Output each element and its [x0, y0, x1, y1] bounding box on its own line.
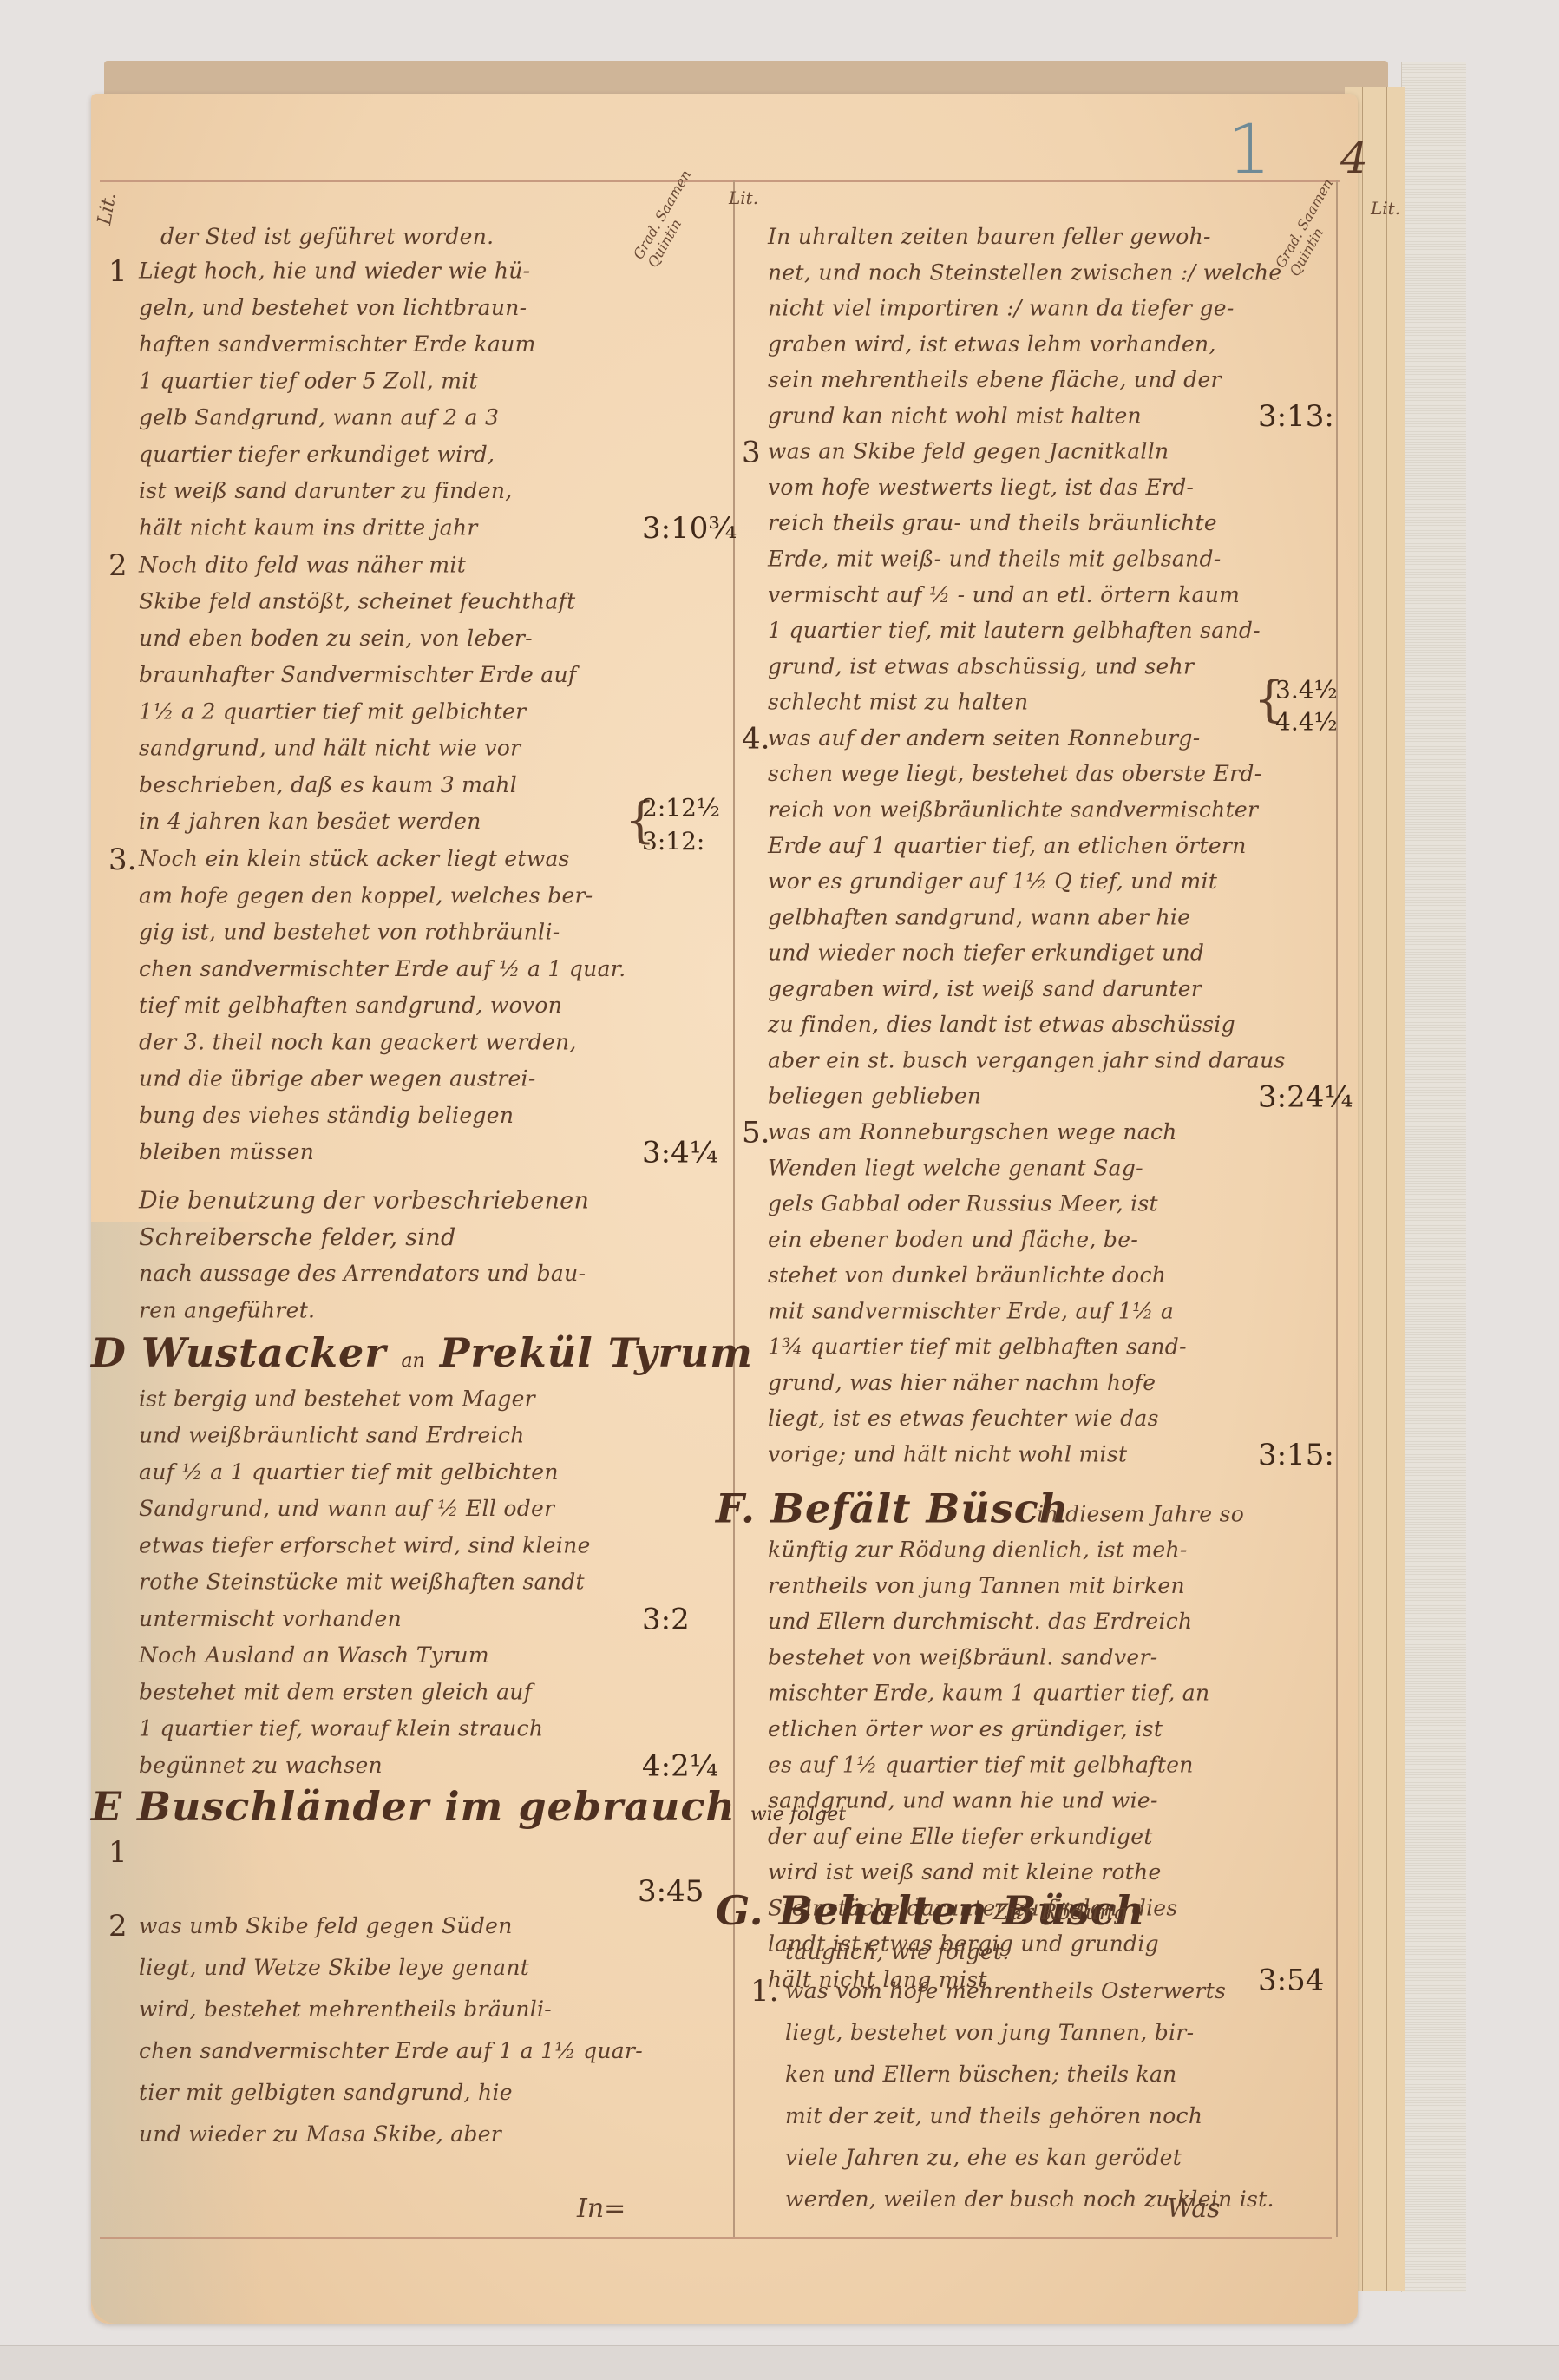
text-line: Noch Ausland an Wasch Tyrum [139, 1642, 489, 1668]
text-line: vom hofe westwerts liegt, ist das Erd- [768, 475, 1194, 500]
text-line: rothe Steinstücke mit weißhaften sandt [139, 1570, 585, 1595]
text-line: mischter Erde, kaum 1 quartier tief, an [768, 1681, 1209, 1706]
text-line: gelb Sandgrund, wann auf 2 a 3 [139, 405, 499, 430]
left-margin-label: Lit. [94, 191, 121, 226]
text-line: vermischt auf ½ - und an etl. örtern kau… [768, 582, 1240, 607]
text-line: reich von weißbräunlichte sandvermischte… [768, 797, 1258, 822]
text-line: haften sandvermischter Erde kaum [139, 331, 536, 357]
text-line: zu finden, dies landt ist etwas abschüss… [768, 1012, 1235, 1037]
header-rule [100, 180, 1340, 182]
text-line: quartier tiefer erkundiget wird, [139, 442, 495, 467]
text-line: sandgrund, und hält nicht wie vor [139, 736, 521, 761]
text-line: ren angeführet. [139, 1297, 315, 1322]
text-line: chen sandvermischter Erde auf ½ a 1 quar… [139, 956, 626, 981]
text-line: Erde auf 1 quartier tief, an etlichen ör… [768, 833, 1247, 858]
text-line: hält nicht kaum ins dritte jahr [139, 515, 478, 540]
text-line: was auf der andern seiten Ronneburg- [768, 725, 1200, 751]
text-line: wor es grundiger auf 1½ Q tief, und mit [768, 869, 1217, 894]
text-line: Die benutzung der vorbeschriebenen [139, 1188, 589, 1215]
text-line: der auf eine Elle tiefer erkundiget [768, 1824, 1153, 1849]
text-line: sandgrund, und wann hie und wie- [768, 1788, 1158, 1813]
text-line: braunhafter Sandvermischter Erde auf [139, 662, 576, 687]
text-line: liegt, ist es etwas feuchter wie das [768, 1406, 1159, 1431]
text-line: etlichen örter wor es gründiger, ist [768, 1716, 1163, 1741]
area-value: 3:24¼ [1258, 1079, 1353, 1114]
text-line: wird, bestehet mehrentheils bräunli- [139, 1996, 552, 2022]
text-line: vorige; und hält nicht wohl mist [768, 1442, 1127, 1467]
text-line: rentheils von jung Tannen mit birken [768, 1573, 1185, 1598]
section-heading: F. Befält Büsch [716, 1485, 1069, 1531]
item-number: 1. [750, 1974, 778, 2009]
text-line: ken und Ellern büschen; theils kan [785, 2062, 1177, 2087]
text-line: 1 quartier tief, worauf klein strauch [139, 1716, 543, 1741]
text-line: ein ebener boden und fläche, be- [768, 1227, 1138, 1252]
text-line: künftig zur Rödung dienlich, ist meh- [768, 1537, 1188, 1563]
text-line: und die übrige aber wegen austrei- [139, 1066, 536, 1092]
section-letter: G. [716, 1887, 764, 1934]
section-letter: D [91, 1329, 127, 1376]
text-line: bestehet mit dem ersten gleich auf [139, 1679, 532, 1704]
text-line: Wenden liegt welche genant Sag- [768, 1155, 1143, 1180]
right-column-lit-label: Lit. [1371, 198, 1400, 219]
text-line: ist weiß sand darunter zu finden, [139, 478, 513, 503]
section-heading: D Wustacker an Prekül Tyrum [91, 1329, 753, 1376]
text-line: grund, was hier näher nachm hofe [768, 1370, 1156, 1395]
text-line: beliegen geblieben [768, 1084, 981, 1109]
text-line: gelbhaften sandgrund, wann aber hie [768, 904, 1190, 929]
text-line: Erde, mit weiß- und theils mit gelbsand- [768, 547, 1222, 572]
text-line: etwas tiefer erforschet wird, sind klein… [139, 1532, 591, 1557]
text-line: In uhralten zeiten bauren feller gewoh- [768, 224, 1211, 249]
text-line: liegt, bestehet von jung Tannen, bir- [785, 2020, 1194, 2045]
text-line: beschrieben, daß es kaum 3 mahl [139, 772, 517, 797]
text-line: tauglich, wie folget. [785, 1939, 1010, 1964]
text-line: auf ½ a 1 quartier tief mit gelbichten [139, 1459, 559, 1485]
text-line: Liegt hoch, hie und wieder wie hü- [139, 259, 530, 284]
text-line: 1 quartier tief oder 5 Zoll, mit [139, 368, 478, 393]
text-line: und wieder zu Masa Skibe, aber [139, 2121, 501, 2147]
text-line: Sandgrund, und wann auf ½ Ell oder [139, 1496, 554, 1521]
text-line: grund kan nicht wohl mist halten [768, 403, 1142, 428]
text-line: 1 quartier tief, mit lautern gelbhaften … [768, 618, 1261, 643]
text-line: und wieder noch tiefer erkundiget und [768, 941, 1204, 966]
item-number: 2 [108, 548, 128, 583]
text-line: sein mehrentheils ebene fläche, und der [768, 367, 1222, 392]
text-line: nach aussage des Arrendators und bau- [139, 1261, 586, 1286]
item-number: 2 [108, 1909, 128, 1944]
section-letter: F. [716, 1485, 756, 1531]
text-line: ist bergig und bestehet vom Mager [139, 1386, 535, 1411]
area-value: 4:2¼ [642, 1748, 718, 1783]
text-line: net, und noch Steinstellen zwischen :/ w… [768, 259, 1281, 285]
area-value: 3:45 [638, 1874, 704, 1909]
area-value: 3:15: [1258, 1438, 1334, 1472]
text-line: mit sandvermischter Erde, auf 1½ a [768, 1298, 1174, 1323]
text-line: in diesem Jahre so [1037, 1501, 1244, 1526]
area-value: 3:13: [1258, 399, 1334, 434]
text-line: 1¾ quartier tief mit gelbhaften sand- [768, 1334, 1187, 1360]
item-number: 3. [108, 843, 136, 877]
text-line: 1½ a 2 quartier tief mit gelbichter [139, 698, 526, 724]
heading-mid: an [402, 1350, 425, 1372]
area-value: 3:12: [642, 827, 704, 856]
text-line: was an Skibe feld gegen Jacnitkalln [768, 439, 1169, 464]
text-line: nicht viel importiren :/ wann da tiefer … [768, 296, 1235, 321]
binding-gauze [1401, 62, 1466, 2292]
heading-place: Prekül Tyrum [440, 1329, 753, 1376]
text-line: begünnet zu wachsen [139, 1753, 383, 1778]
text-line: chen sandvermischter Erde auf 1 a 1½ qua… [139, 2038, 643, 2063]
text-line: Noch ein klein stück acker liegt etwas [139, 846, 570, 871]
text-line: liegt, und Wetze Skibe leye genant [139, 1955, 529, 1980]
text-line: gels Gabbal oder Russius Meer, ist [768, 1191, 1158, 1216]
scan-bed-edge [0, 2345, 1559, 2380]
area-value: 3.4½ [1275, 675, 1338, 704]
text-line: werden, weilen der busch noch zu klein i… [785, 2187, 1274, 2212]
text-line: am hofe gegen den koppel, welches ber- [139, 882, 593, 908]
text-line: geln, und bestehet von lichtbraun- [139, 295, 527, 320]
text-line: graben wird, ist etwas lehm vorhanden, [768, 331, 1216, 357]
area-value: 3:10¾ [642, 511, 737, 546]
text-line: bleiben müssen [139, 1139, 314, 1164]
text-line: grund, ist etwas abschüssig, und sehr [768, 653, 1194, 679]
text-line: Skibe feld anstößt, scheinet feuchthaft [139, 589, 576, 614]
text-line: in 4 jahren kan besäet werden [139, 809, 481, 834]
text-line: Zur Rödung [993, 1899, 1127, 1924]
text-line: was umb Skibe feld gegen Süden [139, 1913, 513, 1938]
text-line: der 3. theil noch kan geackert werden, [139, 1029, 577, 1054]
item-number: 1 [108, 1835, 128, 1870]
text-line: der Sted ist geführet worden. [160, 224, 494, 249]
heading-title: Buschländer im gebrauch [137, 1783, 736, 1830]
heading-title: Befält Büsch [770, 1485, 1069, 1531]
right-column-header: Grad. Saamen Quintin [1272, 150, 1366, 279]
text-line: schen wege liegt, bestehet das oberste E… [768, 761, 1261, 786]
area-value: 2:12½ [642, 793, 720, 822]
text-line: was vom hofe mehrentheils Osterwerts [785, 1978, 1226, 2003]
footer-rule [100, 2237, 1332, 2239]
text-line: stehet von dunkel bräunlichte doch [768, 1262, 1166, 1288]
catchword-left: In= [577, 2193, 626, 2224]
item-number: 3 [742, 435, 761, 469]
text-line: mit der zeit, und theils gehören noch [785, 2103, 1202, 2128]
text-line: schlecht mist zu halten [768, 690, 1028, 715]
text-line: es auf 1½ quartier tief mit gelbhaften [768, 1752, 1194, 1777]
area-value: 3:54 [1258, 1964, 1324, 1998]
text-line: bestehet von weißbräunl. sandver- [768, 1644, 1157, 1669]
text-line: untermischt vorhanden [139, 1606, 402, 1631]
text-line: Noch dito feld was näher mit [139, 552, 466, 577]
section-letter: E [91, 1783, 122, 1830]
heading-title: Wustacker [141, 1329, 387, 1376]
text-line: und eben boden zu sein, von leber- [139, 626, 533, 651]
text-line: Schreibersche felder, sind [139, 1224, 456, 1251]
area-value: 4.4½ [1275, 707, 1338, 736]
text-line: reich theils grau- und theils bräunlicht… [768, 510, 1217, 535]
text-line: wird ist weiß sand mit kleine rothe [768, 1859, 1162, 1885]
area-value: 3:2 [642, 1602, 690, 1636]
text-line: und Ellern durchmischt. das Erdreich [768, 1609, 1192, 1634]
area-value: 3:4¼ [642, 1136, 718, 1170]
left-column-header: Grad. Saamen Quintin [630, 141, 724, 271]
text-line: aber ein st. busch vergangen jahr sind d… [768, 1047, 1286, 1072]
section-heading: E Buschländer im gebrauch wie folget [91, 1783, 846, 1830]
item-number: 1 [108, 254, 128, 289]
text-line: was am Ronneburgschen wege nach [768, 1119, 1177, 1144]
text-line: gig ist, und bestehet von rothbräunli- [139, 920, 560, 945]
left-column-lit-label: Lit. [729, 187, 758, 208]
item-number: 4. [742, 722, 770, 757]
item-number: 5. [742, 1116, 770, 1151]
pencil-folio-number: 1 [1228, 111, 1271, 189]
margin-rule [1336, 180, 1338, 2237]
text-line: viele Jahren zu, ehe es kan gerödet [785, 2145, 1182, 2170]
text-line: tief mit gelbhaften sandgrund, wovon [139, 993, 562, 1018]
text-line: bung des viehes ständig beliegen [139, 1103, 514, 1128]
text-line: und weißbräunlicht sand Erdreich [139, 1423, 525, 1448]
text-line: tier mit gelbigten sandgrund, hie [139, 2080, 513, 2105]
text-line: gegraben wird, ist weiß sand darunter [768, 976, 1202, 1001]
